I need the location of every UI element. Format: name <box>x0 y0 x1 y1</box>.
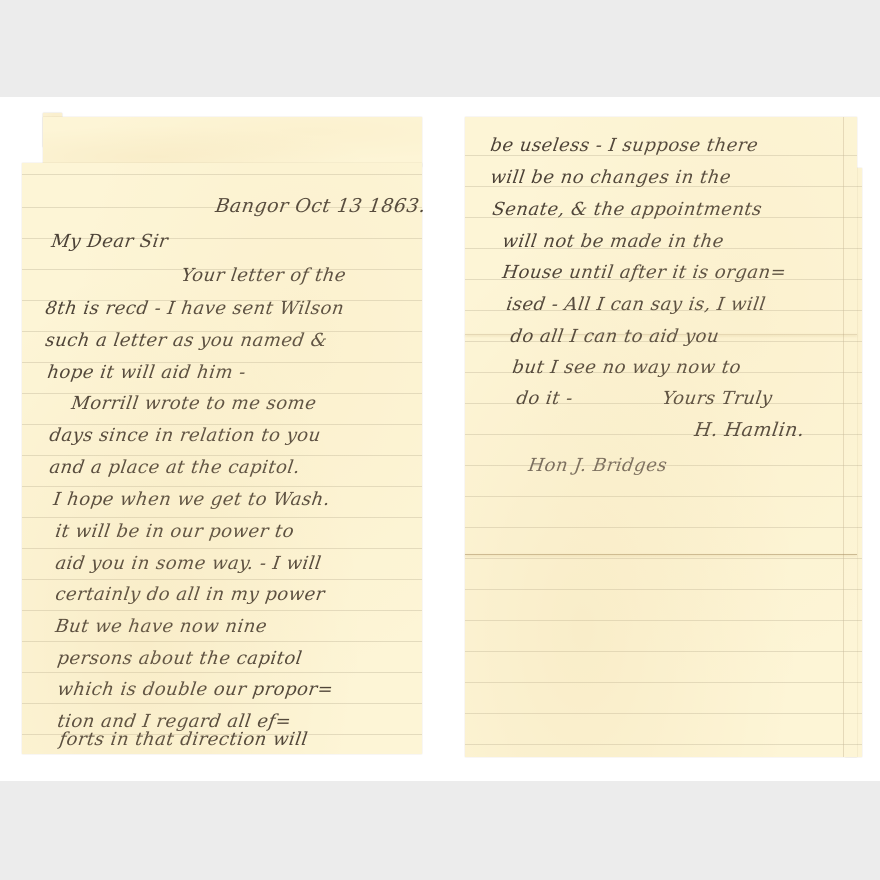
bottom-background-band <box>0 781 880 880</box>
body-line: be useless - I suppose there <box>489 135 760 156</box>
closing: Yours Truly <box>661 388 774 409</box>
left-page-top-strip <box>43 117 422 167</box>
body-line: hope it will aid him - <box>46 362 247 383</box>
top-background-band <box>0 0 880 97</box>
body-line: forts in that direction will <box>58 729 309 750</box>
addressee: Hon J. Bridges <box>527 455 669 476</box>
body-line: do all I can to aid you <box>509 326 721 347</box>
body-line: Your letter of the <box>180 265 348 286</box>
body-line: aid you in some way. - I will <box>54 553 323 574</box>
fold-crease <box>465 554 857 555</box>
body-line: Senate, & the appointments <box>491 199 764 220</box>
salutation: My Dear Sir <box>50 231 170 252</box>
body-line: will be no changes in the <box>489 167 733 188</box>
signature: H. Hamlin. <box>693 419 806 441</box>
letter-page-1: Bangor Oct 13 1863. My Dear Sir Your let… <box>22 163 422 754</box>
body-line: and a place at the capitol. <box>48 457 301 478</box>
body-line: it will be in our power to <box>54 521 296 542</box>
body-line: will not be made in the <box>501 231 725 252</box>
letter-page-2: be useless - I suppose there will be no … <box>465 117 857 757</box>
body-line: ised - All I can say is, I will <box>505 294 767 315</box>
margin-rule <box>843 117 844 757</box>
body-line: But we have now nine <box>54 616 269 637</box>
body-line: persons about the capitol <box>56 648 304 669</box>
dateline: Bangor Oct 13 1863. <box>214 195 427 217</box>
body-line: but I see no way now to <box>511 357 742 378</box>
body-line: such a letter as you named & <box>44 330 329 351</box>
body-line: I hope when we get to Wash. <box>52 489 332 510</box>
body-line: do it - <box>515 388 574 409</box>
body-line: certainly do all in my power <box>54 584 326 605</box>
body-line: days since in relation to you <box>48 425 322 446</box>
body-line: which is double our propor= <box>56 679 335 700</box>
body-line: House until after it is organ= <box>501 262 788 283</box>
body-line: 8th is recd - I have sent Wilson <box>44 298 346 319</box>
body-line: Morrill wrote to me some <box>70 393 318 414</box>
